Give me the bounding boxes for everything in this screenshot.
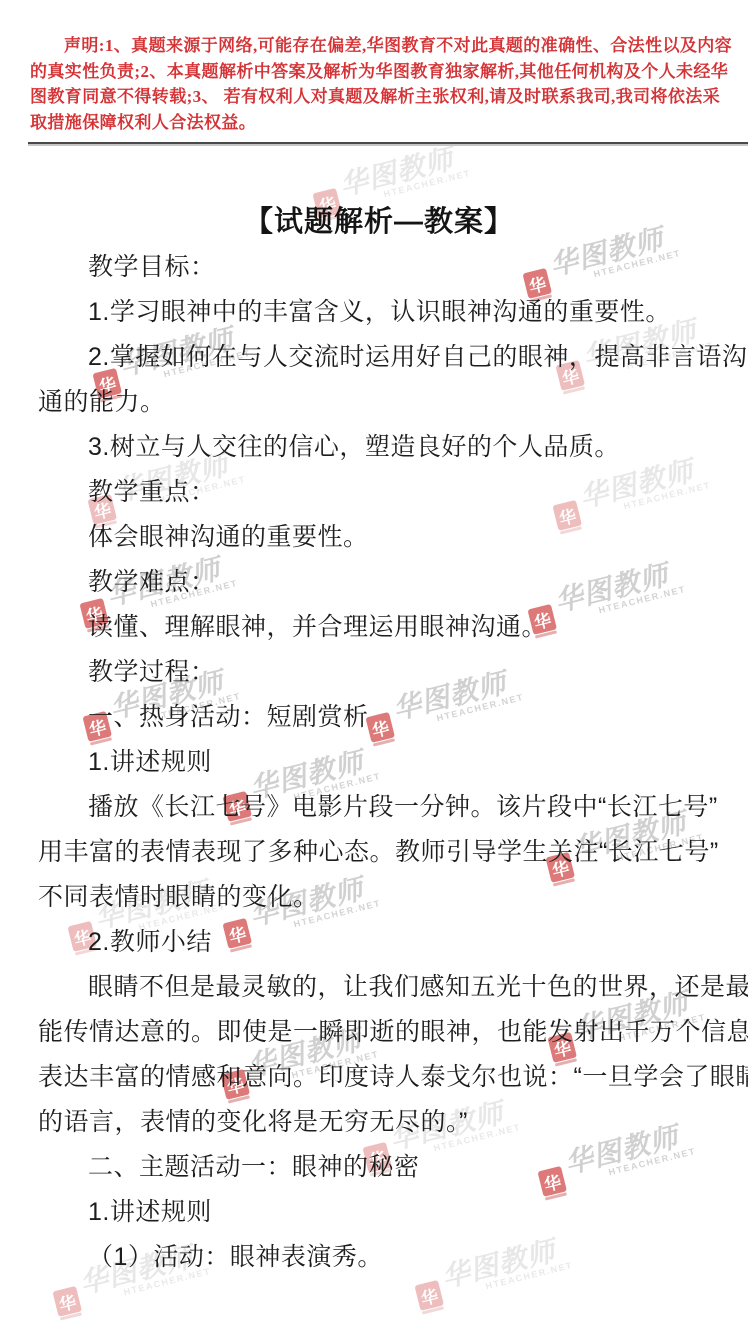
document-line: 读懂、理解眼神，并合理运用眼神沟通。 [38, 605, 720, 650]
document-line: 教学重点： [38, 470, 720, 515]
disclaimer-line: 取措施保障权利人合法权益。 [30, 110, 722, 136]
disclaimer-line: 图教育同意不得转载;3、 若有权利人对真题及解析主张权利,请及时联系我司,我司将… [30, 84, 722, 110]
document-line: 2.掌握如何在与人交流时运用好自己的眼神，提高非言语沟 [38, 335, 720, 380]
document-line: 二、主题活动一：眼神的秘密 [38, 1145, 720, 1190]
document-line: 能传情达意的。即使是一瞬即逝的眼神，也能发射出千万个信息， [38, 1010, 720, 1055]
watermark-site-text: HTEACHER.NET [383, 168, 472, 199]
disclaimer-label: 声明: [64, 36, 105, 55]
document-line: 的语言，表情的变化将是无穷无尽的。” [38, 1100, 720, 1145]
huatu-logo-icon: 华 [414, 1280, 444, 1311]
document-line: 体会眼神沟通的重要性。 [38, 515, 720, 560]
divider-rule [28, 142, 748, 144]
huatu-logo-caption [422, 1306, 444, 1314]
document-line: 1.学习眼神中的丰富含义，认识眼神沟通的重要性。 [38, 290, 720, 335]
document-line: 眼睛不但是最灵敏的，让我们感知五光十色的世界，还是最 [38, 965, 720, 1010]
document-line: 表达丰富的情感和意向。印度诗人泰戈尔也说：“一旦学会了眼睛 [38, 1055, 720, 1100]
document-line: （1）活动：眼神表演秀。 [38, 1235, 720, 1280]
huatu-logo-caption [60, 1312, 82, 1320]
page-title: 【试题解析—教案】 [38, 200, 720, 245]
document-line: 播放《长江七号》电影片段一分钟。该片段中“长江七号” [38, 785, 720, 830]
document-line: 3.树立与人交往的信心，塑造良好的个人品质。 [38, 425, 720, 470]
document-line: 不同表情时眼睛的变化。 [38, 875, 720, 920]
disclaimer-line: 的真实性负责;2、本真题解析中答案及解析为华图教育独家解析,其他任何机构及个人未… [30, 59, 722, 85]
document-line: 一、热身活动：短剧赏析 [38, 695, 720, 740]
disclaimer: 声明:1、真题来源于网络,可能存在偏差,华图教育不对此真题的准确性、合法性以及内… [30, 33, 722, 135]
document-line: 2.教师小结 [38, 920, 720, 965]
huatu-logo-icon: 华 [52, 1286, 82, 1317]
disclaimer-line: 声明:1、真题来源于网络,可能存在偏差,华图教育不对此真题的准确性、合法性以及内… [30, 33, 722, 59]
document-line: 教学过程： [38, 650, 720, 695]
document-line: 1.讲述规则 [38, 740, 720, 785]
document-line: 教学难点： [38, 560, 720, 605]
document-line: 用丰富的表情表现了多种心态。教师引导学生关注“长江七号” [38, 830, 720, 875]
document-line: 1.讲述规则 [38, 1190, 720, 1235]
document-page: 华华图教师HTEACHER.NET华华图教师HTEACHER.NET华华图教师H… [0, 0, 748, 1335]
watermark-text: 华图教师 [337, 141, 470, 201]
document-line: 通的能力。 [38, 380, 720, 425]
document-body: 教学目标：1.学习眼神中的丰富含义，认识眼神沟通的重要性。2.掌握如何在与人交流… [38, 245, 720, 1280]
document-content: 【试题解析—教案】 教学目标：1.学习眼神中的丰富含义，认识眼神沟通的重要性。2… [38, 200, 720, 1280]
document-line: 教学目标： [38, 245, 720, 290]
